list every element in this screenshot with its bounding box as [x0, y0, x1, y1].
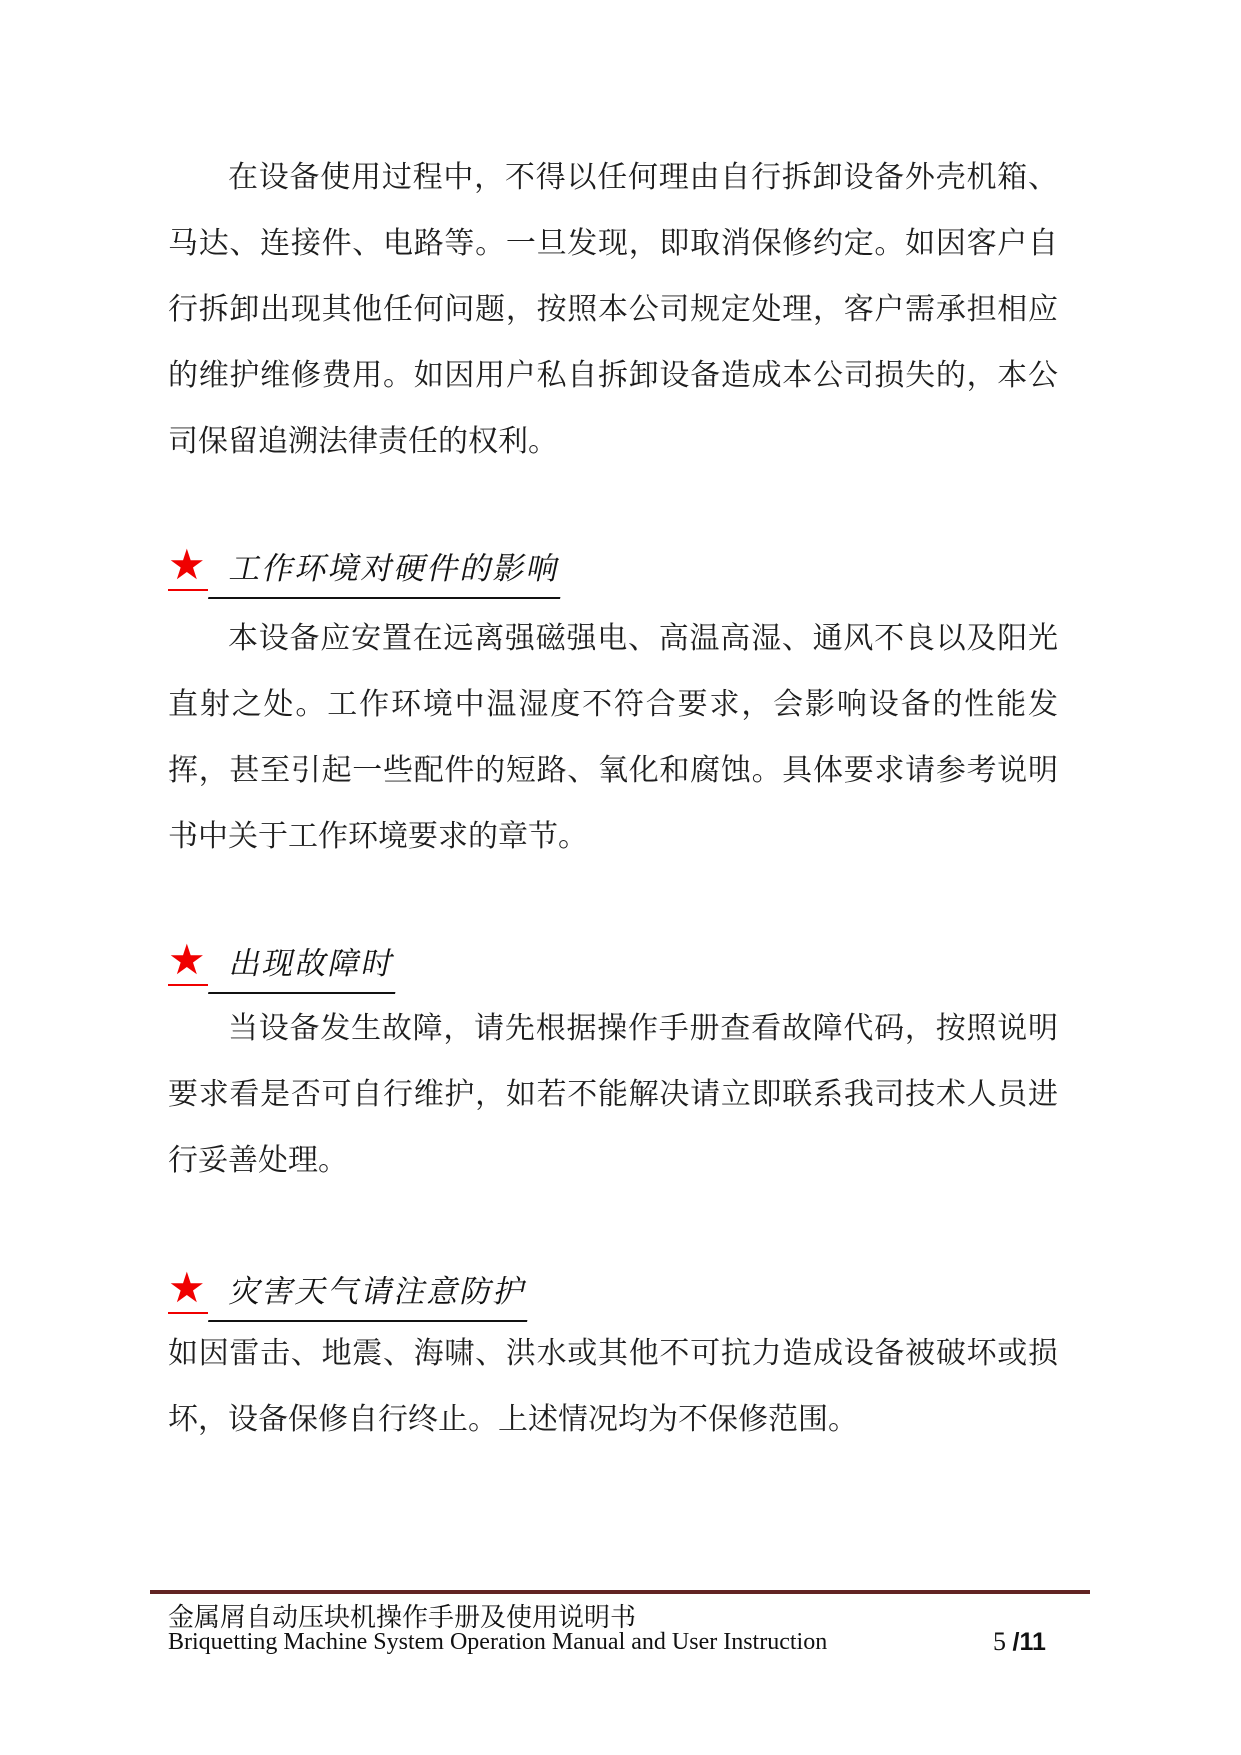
section-heading-text: 工作环境对硬件的影响	[208, 549, 571, 599]
footer-title-english: Briquetting Machine System Operation Man…	[168, 1629, 827, 1656]
paragraph-warranty-disassembly: 在设备使用过程中，不得以任何理由自行拆卸设备外壳机箱、马达、连接件、电路等。一旦…	[168, 145, 1058, 475]
paragraph-work-environment: 本设备应安置在远离强磁强电、高温高湿、通风不良以及阳光直射之处。工作环境中温湿度…	[168, 606, 1058, 870]
page-number-total: /11	[1013, 1628, 1046, 1656]
section-heading-malfunction: ★出现故障时	[168, 940, 395, 994]
section-heading-text: 灾害天气请注意防护	[208, 1272, 538, 1322]
star-icon: ★	[168, 545, 208, 591]
page-number: 5 /11	[993, 1627, 1046, 1657]
star-icon: ★	[168, 940, 208, 986]
paragraph-malfunction: 当设备发生故障，请先根据操作手册查看故障代码，按照说明要求看是否可自行维护，如若…	[168, 996, 1058, 1194]
section-heading-text: 出现故障时	[208, 944, 406, 994]
paragraph-disaster-weather: 如因雷击、地震、海啸、洪水或其他不可抗力造成设备被破坏或损坏，设备保修自行终止。…	[168, 1321, 1058, 1453]
document-page: 在设备使用过程中，不得以任何理由自行拆卸设备外壳机箱、马达、连接件、电路等。一旦…	[0, 0, 1241, 1755]
page-number-current: 5	[993, 1627, 1006, 1656]
section-heading-disaster-weather: ★灾害天气请注意防护	[168, 1268, 527, 1322]
footer-divider	[150, 1590, 1090, 1594]
star-icon: ★	[168, 1268, 208, 1314]
section-heading-work-environment: ★工作环境对硬件的影响	[168, 545, 560, 599]
